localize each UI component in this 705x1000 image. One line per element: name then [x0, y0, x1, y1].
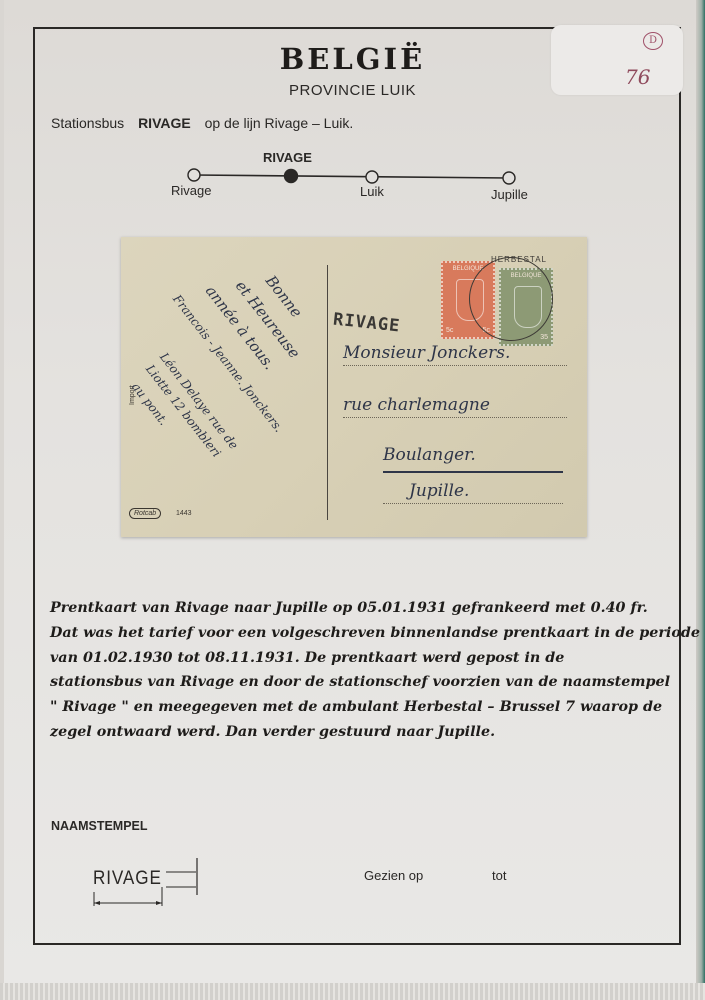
- album-sleeve-edge: [0, 983, 705, 1000]
- seen-to-label: tot: [492, 868, 506, 883]
- dimension-lines-icon: [0, 0, 705, 1000]
- seen-on-label: Gezien op: [364, 868, 423, 883]
